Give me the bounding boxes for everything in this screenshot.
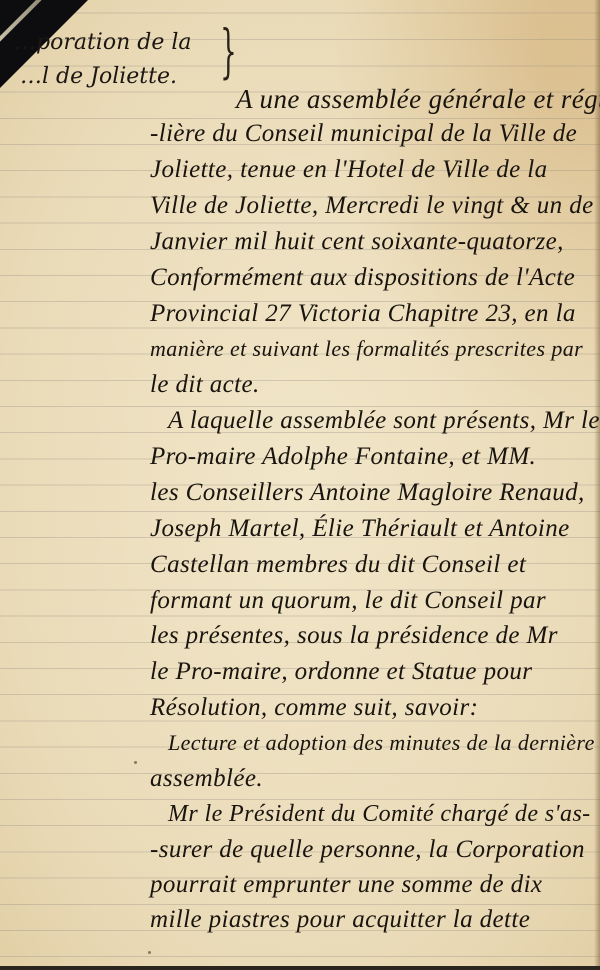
text-line: -surer de quelle personne, la Corporatio…: [150, 836, 585, 864]
text-line: les présentes, sous la présidence de Mr: [150, 622, 558, 650]
text-line: pourrait emprunter une somme de dix: [150, 871, 542, 899]
manuscript-page: …poration de la …l de Joliette. } A une …: [0, 0, 600, 970]
text-line: assemblée.: [150, 765, 263, 793]
text-line: A laquelle assemblée sont présents, Mr l…: [168, 407, 600, 435]
text-line: le dit acte.: [150, 371, 260, 399]
heading-line-2: …l de Joliette.: [14, 60, 192, 94]
heading-line-1: …poration de la: [14, 26, 192, 60]
text-line: Résolution, comme suit, savoir:: [150, 694, 478, 722]
text-line: Mr le Président du Comité chargé de s'as…: [168, 801, 591, 828]
text-line: Janvier mil huit cent soixante-quatorze,: [150, 228, 564, 256]
margin-heading: …poration de la …l de Joliette.: [14, 26, 192, 94]
text-line: mille piastres pour acquitter la dette: [150, 906, 530, 934]
text-line: formant un quorum, le dit Conseil par: [150, 587, 546, 615]
text-line: Castellan membres du dit Conseil et: [150, 551, 526, 579]
text-line: Pro-maire Adolphe Fontaine, et MM.: [150, 443, 536, 471]
text-line: -lière du Conseil municipal de la Ville …: [150, 120, 577, 148]
text-line: Joseph Martel, Élie Thériault et Antoine: [150, 515, 570, 543]
text-line: Conformément aux dispositions de l'Acte: [150, 264, 575, 292]
text-line: Provincial 27 Victoria Chapitre 23, en l…: [150, 300, 576, 328]
ink-speck: [134, 761, 137, 764]
text-line: Joliette, tenue en l'Hotel de Ville de l…: [150, 156, 548, 184]
text-line: le Pro-maire, ordonne et Statue pour: [150, 658, 532, 686]
text-line: les Conseillers Antoine Magloire Renaud,: [150, 479, 585, 507]
text-line: Lecture et adoption des minutes de la de…: [168, 730, 595, 756]
page-right-edge: [594, 0, 600, 970]
text-line: A une assemblée générale et régu-: [236, 84, 600, 115]
text-line: manière et suivant les formalités prescr…: [150, 336, 583, 362]
text-line: Ville de Joliette, Mercredi le vingt & u…: [150, 192, 594, 220]
brace-mark: }: [220, 22, 237, 80]
ink-speck: [148, 951, 151, 954]
page-bottom-edge: [0, 966, 600, 970]
